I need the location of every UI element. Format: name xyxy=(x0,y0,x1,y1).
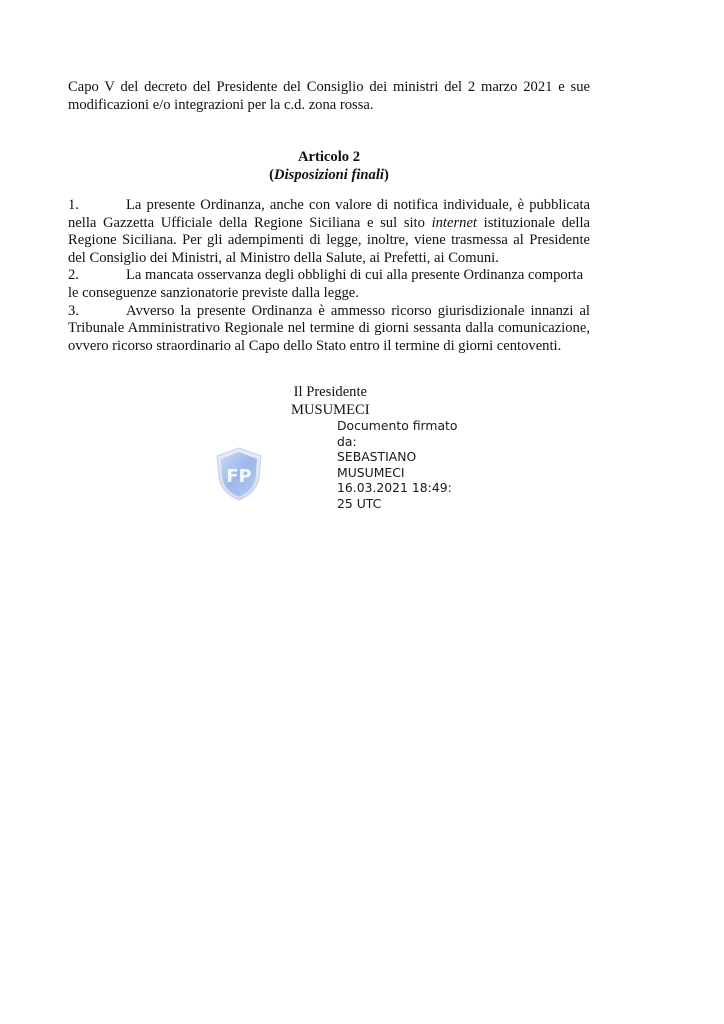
stamp-line: 25 UTC xyxy=(337,496,458,512)
signature-role: Il Presidente xyxy=(291,384,370,402)
stamp-line: Documento firmato xyxy=(337,418,458,434)
article-title: Articolo 2 xyxy=(298,149,360,165)
paragraph-number: 1. xyxy=(68,197,126,215)
intro-line-1: Capo V del decreto del Presidente del Co… xyxy=(68,79,590,97)
paragraph-2: 2.La mancata osservanza degli obblighi d… xyxy=(68,267,590,302)
paragraph-text: Avverso la presente Ordinanza è ammesso … xyxy=(68,303,590,354)
subtitle-close-paren: ) xyxy=(384,167,389,183)
paragraph-italic-text: internet xyxy=(432,215,477,231)
paragraph-1: 1.La presente Ordinanza, anche con valor… xyxy=(68,197,590,267)
paragraph-3: 3.Avverso la presente Ordinanza è ammess… xyxy=(68,303,590,356)
article-subtitle: (Disposizioni finali) xyxy=(68,167,590,185)
paragraph-number: 2. xyxy=(68,267,126,285)
stamp-line: MUSUMECI xyxy=(337,465,458,481)
intro-paragraph: Capo V del decreto del Presidente del Co… xyxy=(68,79,590,114)
signature-name: MUSUMECI xyxy=(291,402,370,420)
paragraph-number: 3. xyxy=(68,303,126,321)
article-heading: Articolo 2 (Disposizioni finali) xyxy=(68,149,590,184)
stamp-line: 16.03.2021 18:49: xyxy=(337,480,458,496)
stamp-line: SEBASTIANO xyxy=(337,449,458,465)
document-page: Capo V del decreto del Presidente del Co… xyxy=(0,0,724,1024)
digital-signature-stamp: Documento firmato da: SEBASTIANO MUSUMEC… xyxy=(337,418,458,512)
svg-text:FP: FP xyxy=(226,466,252,487)
intro-line-2: modificazioni e/o integrazioni per la c.… xyxy=(68,97,374,113)
shield-icon: FP xyxy=(214,446,264,502)
article-paragraphs: 1.La presente Ordinanza, anche con valor… xyxy=(68,197,590,355)
signature-block: Il Presidente MUSUMECI xyxy=(291,384,370,419)
stamp-line: da: xyxy=(337,434,458,450)
article-subtitle-text: Disposizioni finali xyxy=(274,167,384,183)
paragraph-text: La mancata osservanza degli obblighi di … xyxy=(68,267,583,301)
